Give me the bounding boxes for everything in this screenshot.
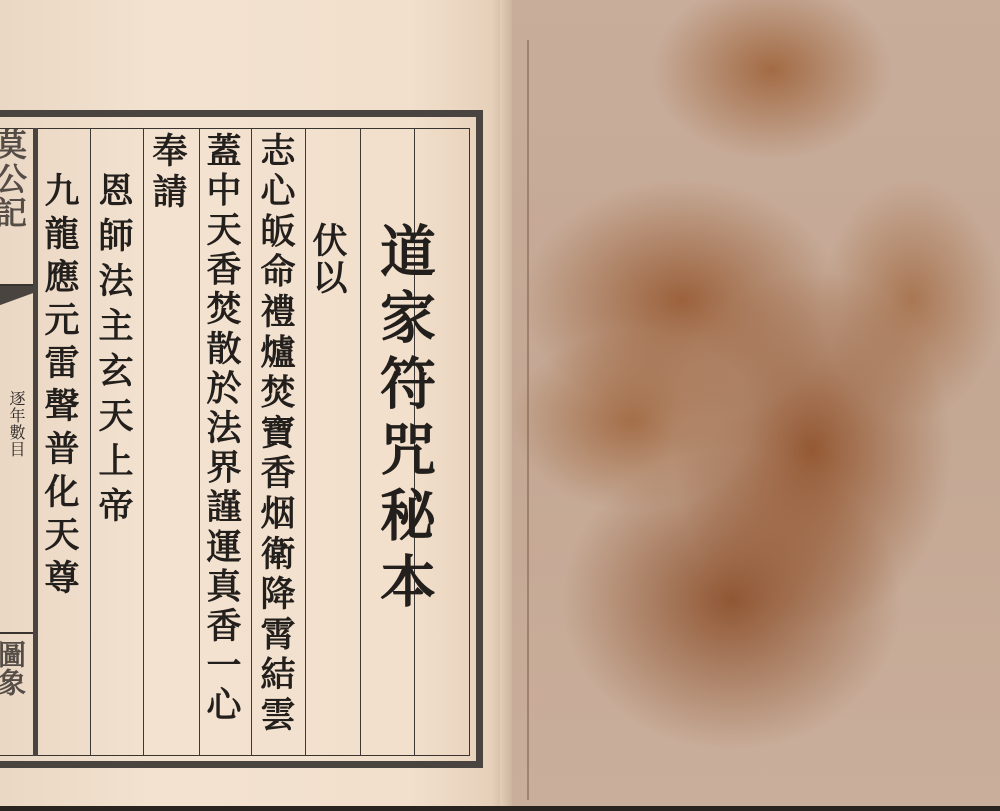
document-title: 道家符咒秘本: [376, 222, 432, 618]
column-rule: [143, 128, 144, 756]
left-page: 莫公記 逐年數目 圖象 道家符咒秘本 伏以 志心皈命禮爐焚寶香烟衛降霄結雲 蓋中…: [0, 0, 512, 806]
margin-rule: [0, 632, 33, 634]
text-column-3: 蓋中天香焚散於法界謹運真香一心: [204, 132, 239, 726]
book-spread: 莫公記 逐年數目 圖象 道家符咒秘本 伏以 志心皈命禮爐焚寶香烟衛降霄結雲 蓋中…: [0, 0, 1000, 806]
cover-fold-line: [527, 40, 529, 800]
text-column-6: 九龍應元雷聲普化天尊: [42, 172, 77, 602]
margin-book-title: 莫公記: [2, 128, 32, 230]
column-rule: [90, 128, 91, 756]
column-rule: [251, 128, 252, 756]
margin-bottom-label: 圖象: [0, 640, 30, 696]
text-column-5: 恩師法主玄天上帝: [96, 172, 131, 532]
text-column-2: 志心皈命禮爐焚寶香烟衛降霄結雲: [258, 132, 293, 737]
right-page-stained-cover: [512, 0, 1000, 806]
margin-divider: [33, 128, 38, 756]
column-rule: [199, 128, 200, 756]
fishtail-mark: [0, 284, 33, 316]
margin-section-label: 逐年數目: [8, 390, 28, 458]
column-rule: [360, 128, 361, 756]
text-column-4: 奉請: [150, 132, 185, 214]
text-column-1: 伏以: [310, 222, 345, 296]
column-rule: [305, 128, 306, 756]
